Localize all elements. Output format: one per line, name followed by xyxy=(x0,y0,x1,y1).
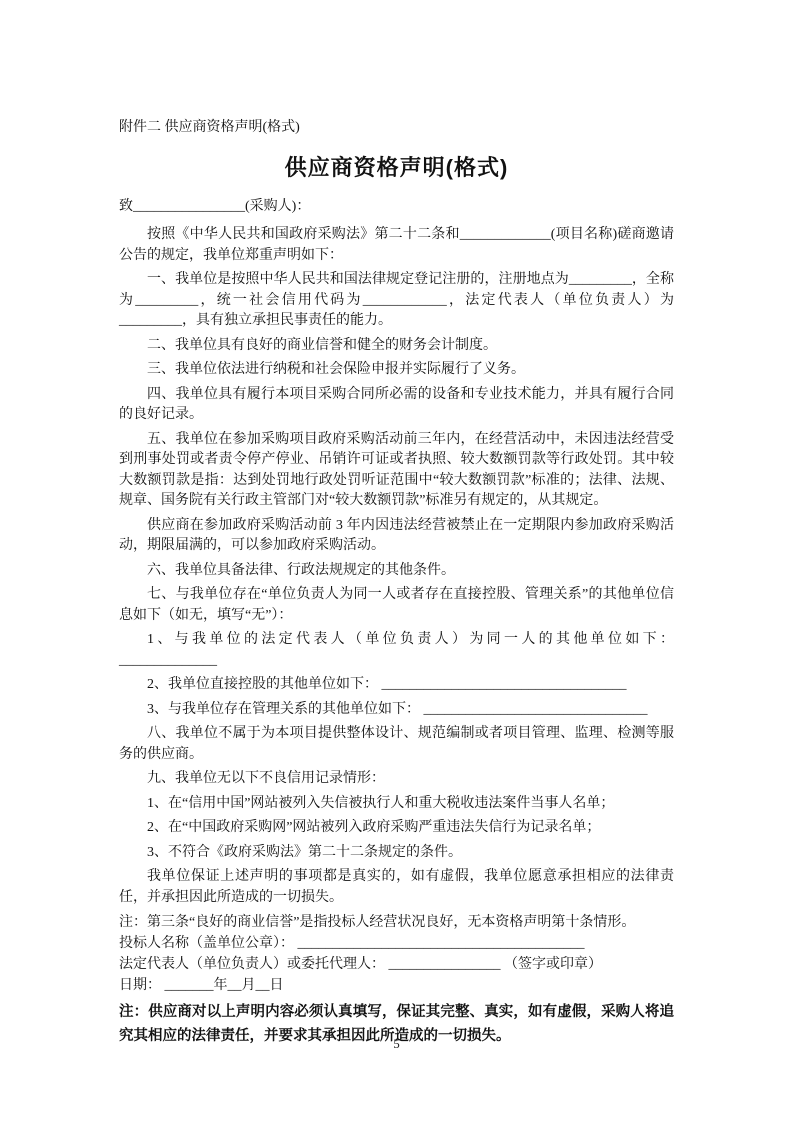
clause-2-business-reputation: 二、我单位具有良好的商业信誉和健全的财务会计制度。 xyxy=(119,336,674,357)
clause-4-equipment-capability: 四、我单位具有履行本项目采购合同所必需的设备和专业技术能力，并具有履行合同的良好… xyxy=(119,385,674,426)
clause-1-registration: 一、我单位是按照中华人民共和国法律规定登记注册的，注册地点为_________，… xyxy=(119,270,674,332)
clause-8-not-service-provider: 八、我单位不属于为本项目提供整体设计、规范编制或者项目管理、监理、检测等服务的供… xyxy=(119,724,674,765)
attachment-label: 附件二 供应商资格声明(格式) xyxy=(119,118,674,138)
salutation-line: 致________________(采购人)： xyxy=(119,196,674,217)
clause-9-no-bad-credit: 九、我单位无以下不良信用记录情形： xyxy=(119,769,674,790)
clause-9-item-1: 1、在“信用中国”网站被列入失信被执行人和重大税收违法案件当事人名单； xyxy=(119,794,674,815)
bidder-name-line: 投标人名称（盖单位公章）： __________________________… xyxy=(119,933,674,954)
clause-7-related-units: 七、与我单位存在“单位负责人为同一人或者存在直接控股、管理关系”的其他单位信息如… xyxy=(119,585,674,626)
page-title: 供应商资格声明(格式) xyxy=(119,153,674,183)
reputation-note-line: 注：第三条“良好的商业信誉”是指投标人经营状况良好，无本资格声明第十条情形。 xyxy=(119,912,674,933)
date-line: 日期： _______年__月__日 xyxy=(119,975,674,996)
clause-7-item-1: 1、与我单位的法定代表人（单位负责人）为同一人的其他单位如下： ________… xyxy=(119,630,674,671)
signature-block: 注：第三条“良好的商业信誉”是指投标人经营状况良好，无本资格声明第十条情形。 投… xyxy=(119,912,674,996)
clause-6-other-conditions: 六、我单位具备法律、行政法规规定的其他条件。 xyxy=(119,561,674,582)
legal-rep-line: 法定代表人（单位负责人）或委托代理人： ________________ （签字… xyxy=(119,954,674,975)
intro-paragraph: 按照《中华人民共和国政府采购法》第二十二条和_____________(项目名称… xyxy=(119,225,674,266)
document-page: 附件二 供应商资格声明(格式) 供应商资格声明(格式) 致___________… xyxy=(0,0,793,1122)
clause-7-item-2: 2、我单位直接控股的其他单位如下： ______________________… xyxy=(119,675,674,696)
clause-7-item-3: 3、与我单位存在管理关系的其他单位如下： ___________________… xyxy=(119,700,674,721)
page-number: 5 xyxy=(0,1036,793,1052)
clause-5-no-illegal-penalty: 五、我单位在参加采购项目政府采购活动前三年内，在经营活动中，未因违法经营受到刑事… xyxy=(119,430,674,512)
guarantee-paragraph: 我单位保证上述声明的事项都是真实的，如有虚假，我单位愿意承担相应的法律责任，并承… xyxy=(119,867,674,908)
clause-9-item-2: 2、在“中国政府采购网”网站被列入政府采购严重违法失信行为记录名单； xyxy=(119,818,674,839)
clause-5-supplement: 供应商在参加政府采购活动前 3 年内因违法经营被禁止在一定期限内参加政府采购活动… xyxy=(119,516,674,557)
clause-3-tax-social-insurance: 三、我单位依法进行纳税和社会保险申报并实际履行了义务。 xyxy=(119,360,674,381)
document-content: 附件二 供应商资格声明(格式) 供应商资格声明(格式) 致___________… xyxy=(0,0,793,1048)
clause-9-item-3: 3、不符合《政府采购法》第二十二条规定的条件。 xyxy=(119,843,674,864)
